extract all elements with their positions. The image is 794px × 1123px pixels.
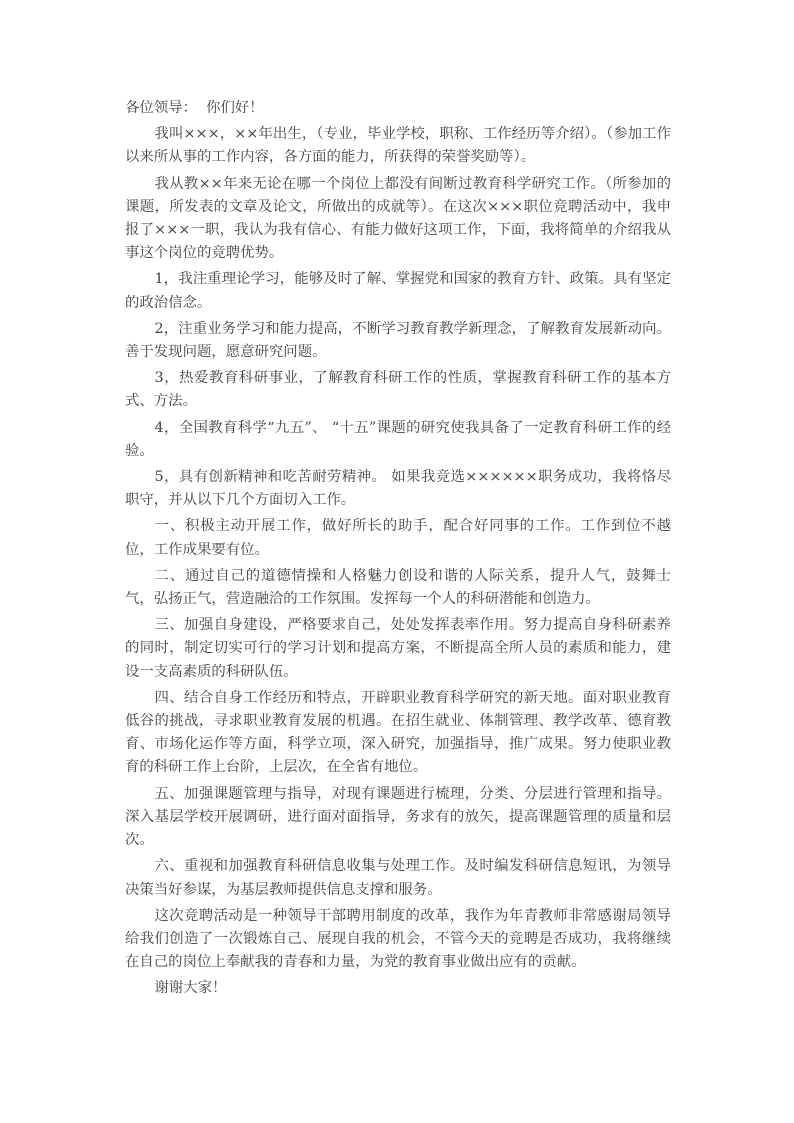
thanks-line: 谢谢大家！ (125, 977, 671, 1000)
intro-paragraph: 我叫×××，××年出生，（专业，毕业学校，职称、工作经历等介绍）。（参加工作以来… (125, 123, 671, 169)
plan-item-2: 二、通过自己的道德情操和人格魅力创设和谐的人际关系，提升人气，鼓舞士气，弘扬正气… (125, 565, 671, 611)
salutation-line: 各位领导： 你们好！ (125, 97, 671, 120)
closing-paragraph: 这次竞聘活动是一种领导干部聘用制度的改革，我作为年青教师非常感谢局领导给我们创造… (125, 905, 671, 975)
document-page: 各位领导： 你们好！ 我叫×××，××年出生，（专业，毕业学校，职称、工作经历等… (0, 0, 794, 1123)
advantage-item-5: 5，具有创新精神和吃苦耐劳精神。 如果我竞选××××××职务成功，我将恪尽职守，… (125, 466, 671, 512)
advantage-item-1: 1，我注重理论学习，能够及时了解、掌握党和国家的教育方针、政策。具有坚定的政治信… (125, 268, 671, 314)
plan-item-5: 五、加强课题管理与指导，对现有课题进行梳理，分类、分层进行管理和指导。深入基层学… (125, 783, 671, 853)
plan-item-4: 四、结合自身工作经历和特点，开辟职业教育科学研究的新天地。面对职业教育低谷的挑战… (125, 687, 671, 780)
plan-item-3: 三、加强自身建设，严格要求自己，处处发挥表率作用。努力提高自身科研素养的同时，制… (125, 614, 671, 684)
advantage-item-3: 3，热爱教育科研事业，了解教育科研工作的性质，掌握教育科研工作的基本方式、方法。 (125, 367, 671, 413)
plan-item-6: 六、重视和加强教育科研信息收集与处理工作。及时编发科研信息短讯，为领导决策当好参… (125, 855, 671, 901)
advantage-item-2: 2，注重业务学习和能力提高，不断学习教育教学新理念，了解教育发展新动向。善于发现… (125, 318, 671, 364)
background-paragraph: 我从教××年来无论在哪一个岗位上都没有间断过教育科学研究工作。（所参加的课题，所… (125, 173, 671, 266)
advantage-item-4: 4，全国教育科学“九五”、 “十五”课题的研究使我具备了一定教育科研工作的经验。 (125, 417, 671, 463)
plan-item-1: 一、积极主动开展工作，做好所长的助手，配合好同事的工作。工作到位不越位，工作成果… (125, 515, 671, 561)
